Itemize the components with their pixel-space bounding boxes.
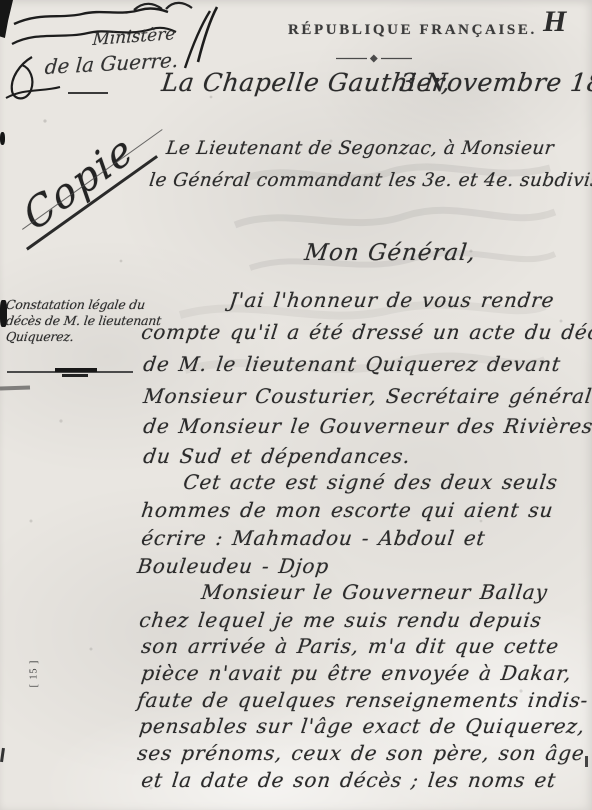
scan-artifact-bottom-left xyxy=(0,748,5,762)
scanned-letter-page: Ministère de la Guerre. RÉPUBLIQUE FRANÇ… xyxy=(0,0,592,810)
body-line: de M. le lieutenant Quiquerez devant xyxy=(142,352,562,376)
body-line: chez lequel je me suis rendu depuis xyxy=(138,608,543,632)
body-line: de Monsieur le Gouverneur des Rivières xyxy=(142,414,592,438)
margin-note-rule-small xyxy=(62,374,88,377)
body-line: Cet acte est signé des deux seuls xyxy=(182,470,559,494)
corner-mark-h: H xyxy=(543,5,566,39)
body-line: ses prénoms, ceux de son père, son âge xyxy=(136,741,586,765)
address-line-1: Le Lieutenant de Segonzac, à Monsieur xyxy=(165,138,555,159)
body-line: pièce n'avait pu être envoyée à Dakar, xyxy=(140,661,573,685)
republique-francaise-header: RÉPUBLIQUE FRANÇAISE. xyxy=(288,22,537,39)
scan-artifact-bottom-right xyxy=(585,756,588,767)
salutation: Mon Général, xyxy=(303,240,478,266)
body-line: Monsieur le Gouverneur Ballay xyxy=(200,580,549,604)
margin-note-line-2: décès de M. le lieutenant xyxy=(5,313,162,329)
body-line: et la date de son décès ; les noms et xyxy=(140,768,558,792)
side-page-number: [ 15 ] xyxy=(28,660,39,688)
scan-artifact-left xyxy=(0,385,30,390)
body-line: Bouleudeu - Djop xyxy=(136,554,331,578)
body-line: faute de quelques renseignements indis- xyxy=(136,688,590,712)
body-line: J'ai l'honneur de vous rendre xyxy=(228,288,556,312)
body-line: son arrivée à Paris, m'a dit que cette xyxy=(140,634,561,658)
body-line: pensables sur l'âge exact de Quiquerez, xyxy=(138,714,587,738)
address-line-2: le Général commandant les 3e. et 4e. sub… xyxy=(148,170,592,191)
body-line: écrire : Mahmadou - Abdoul et xyxy=(140,526,487,550)
margin-note-line-3: Quiquerez. xyxy=(5,329,75,345)
body-line: compte qu'il a été dressé un acte du déc… xyxy=(140,320,592,344)
body-line: hommes de mon escorte qui aient su xyxy=(140,498,555,522)
body-line: Monsieur Cousturier, Secrétaire général xyxy=(142,384,592,408)
body-line: du Sud et dépendances. xyxy=(142,444,412,468)
dateline-date: 3 Novembre 1891. xyxy=(398,68,592,97)
header-divider-ornament xyxy=(336,54,412,63)
scan-artifact-left xyxy=(0,132,5,145)
letterhead-rule xyxy=(68,92,108,94)
margin-note-line-1: Constatation légale du xyxy=(5,297,146,313)
copie-stamp: Copie xyxy=(15,125,143,241)
margin-note-rule-thick xyxy=(55,368,97,372)
